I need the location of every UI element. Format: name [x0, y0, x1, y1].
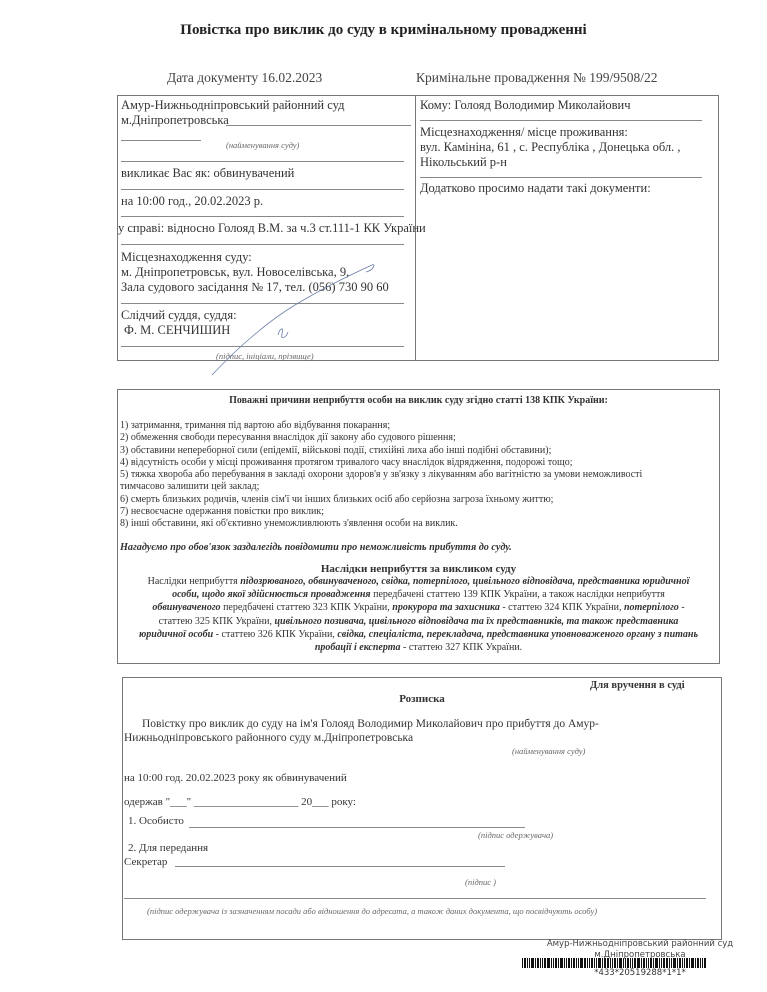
emphasis-text: пробації і експерта — [315, 642, 401, 653]
consequences-line: обвинуваченого передбачені статтею 323 К… — [117, 602, 720, 615]
reason-item: 2) обмеження свободи пересування внаслід… — [120, 432, 642, 444]
recipient-signature-caption: (підпис одержувача) — [478, 830, 553, 840]
reason-item: 6) смерть близьких родичів, членів сім'ї… — [120, 494, 642, 506]
reason-item: 5) тяжка хвороба або перебування в закла… — [120, 469, 642, 481]
plain-text: - статтею 324 КПК України, — [500, 602, 624, 613]
receipt-line2: Нижньодніпровського районного суду м.Дні… — [124, 732, 413, 744]
divider — [121, 244, 404, 245]
emphasis-text: цивільного позивача, цивільного відповід… — [274, 616, 678, 627]
emphasis-text: обвинуваченого — [152, 602, 220, 613]
divider — [121, 140, 201, 141]
receipt-court-caption: (найменування суду) — [512, 746, 585, 756]
reason-item: 4) відсутність особи у місці проживання … — [120, 457, 642, 469]
recipient-details-field[interactable] — [124, 898, 706, 899]
reason-item: 8) інші обставини, які об'єктивно унемож… — [120, 518, 642, 530]
case-subject: у справі: відносно Голояд В.М. за ч.3 ст… — [118, 221, 426, 236]
emphasis-text: потерпілого — [624, 602, 679, 613]
receipt-line1: Повістку про виклик до суду на ім'я Голо… — [142, 718, 599, 730]
divider — [121, 161, 404, 162]
court-name-line2: м.Дніпропетровська — [121, 113, 229, 128]
court-name-line1: Амур-Нижньодніпровський районний суд — [121, 98, 344, 113]
plain-text: статтею 325 КПК України, — [159, 616, 275, 627]
reason-item: 1) затримання, тримання під вартою або в… — [120, 420, 642, 432]
barcode — [522, 958, 752, 968]
hearing-datetime: на 10:00 год., 20.02.2023 р. — [121, 194, 263, 209]
divider — [121, 189, 404, 190]
divider — [226, 125, 411, 126]
for-court-label: Для вручення в суді — [590, 680, 685, 691]
barcode-text: *433*20519288*1*1* — [520, 968, 760, 978]
reminder-text: Нагадуємо про обов'язок заздалегідь пові… — [120, 542, 512, 553]
consequences-line: Наслідки неприбуття підозрюваного, обвин… — [117, 576, 720, 589]
bottom-caption: (підпис одержувача із зазначенням посади… — [147, 906, 597, 916]
receipt-box — [122, 677, 722, 940]
consequences-line: статтею 325 КПК України, цивільного пози… — [117, 616, 720, 629]
receipt-title: Розписка — [122, 693, 722, 705]
consequences-line: юридичної особи - статтею 326 КПК Україн… — [117, 629, 720, 642]
footer-court-line1: Амур-Нижньодніпровський районний суд — [520, 939, 760, 949]
judge-signature — [200, 260, 380, 380]
document-title: Повістка про виклик до суду в кримінальн… — [0, 22, 767, 39]
consequences-line: пробації і експерта - статтею 327 КПК Ук… — [117, 642, 720, 655]
received-date-field[interactable]: одержав "___" ___________________ 20___ … — [124, 796, 356, 808]
plain-text: передбачені статтею 139 КПК України, а т… — [371, 589, 665, 600]
summons-role: викликає Вас як: обвинувачений — [121, 166, 294, 181]
secretary-signature-field[interactable] — [175, 866, 505, 867]
residence-line1: вул. Камініна, 61 , с. Республіка , Доне… — [420, 140, 681, 155]
recipient-name: Кому: Голояд Володимир Миколайович — [420, 98, 631, 113]
emphasis-text: юридичної особи — [139, 629, 213, 640]
plain-text: передбачені статтею 323 КПК України, — [221, 602, 393, 613]
for-transfer-label: 2. Для передання — [128, 842, 208, 854]
secretary-label: Секретар — [124, 856, 167, 868]
secretary-signature-caption: (підпис ) — [465, 877, 496, 887]
recipient-signature-field[interactable] — [189, 827, 525, 828]
consequences-text: Наслідки неприбуття підозрюваного, обвин… — [117, 576, 720, 655]
emphasis-text: свідка, спеціаліста, перекладача, предст… — [337, 629, 698, 640]
personally-label: 1. Особисто — [128, 815, 184, 827]
reasons-list: 1) затримання, тримання під вартою або в… — [120, 420, 642, 531]
consequences-line: особи, щодо якої здійснюється провадженн… — [117, 589, 720, 602]
reason-item: 7) несвоєчасне одержання повістки про ви… — [120, 506, 642, 518]
plain-text: - статтею 327 КПК України. — [401, 642, 523, 653]
receipt-time-line: на 10:00 год. 20.02.2023 року як обвинув… — [124, 772, 347, 784]
divider — [420, 120, 702, 121]
reasons-heading: Поважні причини неприбуття особи на викл… — [117, 395, 720, 406]
divider — [420, 177, 702, 178]
emphasis-text: підозрюваного, обвинуваченого, свідка, п… — [240, 576, 689, 587]
residence-label: Місцезнаходження/ місце проживання: — [420, 125, 628, 140]
divider — [121, 216, 404, 217]
case-number: Кримінальне провадження № 199/9508/22 — [416, 70, 658, 86]
plain-text: - статтею 326 КПК України, — [213, 629, 337, 640]
reason-item-continued: тимчасово залишити цей заклад; — [120, 481, 642, 493]
plain-text: Наслідки неприбуття — [148, 576, 241, 587]
court-name-caption: (найменування суду) — [226, 140, 299, 150]
residence-line2: Нікольський р-н — [420, 155, 507, 170]
consequences-heading: Наслідки неприбуття за викликом суду — [117, 563, 720, 575]
plain-text: - — [679, 602, 685, 613]
document-date: Дата документу 16.02.2023 — [167, 70, 322, 86]
documents-label: Додатково просимо надати такі документи: — [420, 181, 651, 196]
emphasis-text: прокурора та захисника — [392, 602, 500, 613]
emphasis-text: особи, щодо якої здійснюється провадженн… — [172, 589, 370, 600]
reason-item: 3) обставини непереборної сили (епідемії… — [120, 445, 642, 457]
